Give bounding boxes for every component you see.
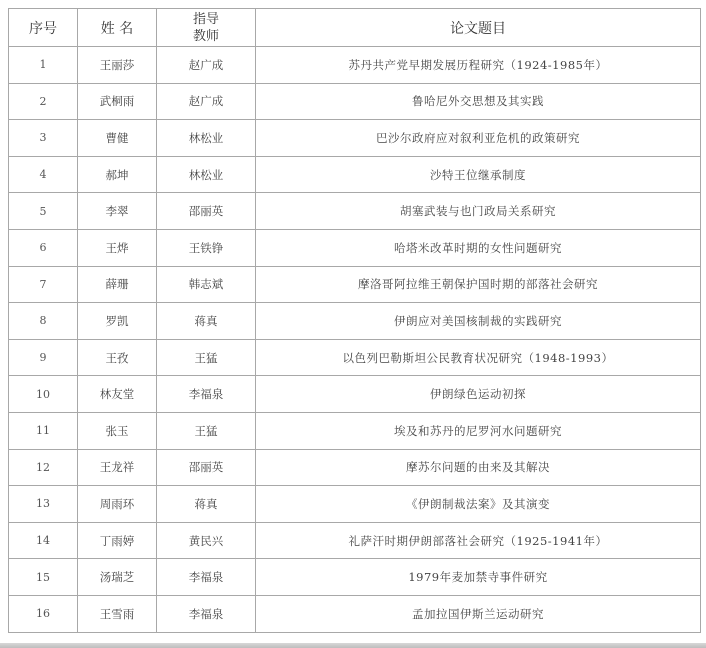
cell-index: 3	[9, 120, 78, 157]
cell-title: 《伊朗制裁法案》及其演变	[256, 486, 701, 523]
cell-name: 王雪雨	[78, 595, 157, 632]
cell-advisor: 蒋真	[157, 486, 256, 523]
cell-advisor: 黄民兴	[157, 522, 256, 559]
table-row: 10 林友堂 李福泉 伊朗绿色运动初探	[9, 376, 701, 413]
table-row: 5 李翠 邵丽英 胡塞武装与也门政局关系研究	[9, 193, 701, 230]
table-row: 11 张玉 王猛 埃及和苏丹的尼罗河水问题研究	[9, 412, 701, 449]
cell-title: 伊朗应对美国核制裁的实践研究	[256, 303, 701, 340]
cell-name: 罗凯	[78, 303, 157, 340]
table-row: 4 郝坤 林松业 沙特王位继承制度	[9, 156, 701, 193]
table-row: 16 王雪雨 李福泉 孟加拉国伊斯兰运动研究	[9, 595, 701, 632]
cell-name: 张玉	[78, 412, 157, 449]
cell-advisor: 李福泉	[157, 376, 256, 413]
cell-index: 2	[9, 83, 78, 120]
table-row: 3 曹健 林松业 巴沙尔政府应对叙利亚危机的政策研究	[9, 120, 701, 157]
cell-advisor: 邵丽英	[157, 449, 256, 486]
cell-title: 摩洛哥阿拉维王朝保护国时期的部落社会研究	[256, 266, 701, 303]
table-header-row: 序号 姓 名 指导 教师 论文题目	[9, 9, 701, 47]
header-name: 姓 名	[78, 9, 157, 47]
cell-title: 哈塔米改革时期的女性问题研究	[256, 229, 701, 266]
cell-advisor: 赵广成	[157, 83, 256, 120]
cell-advisor: 王猛	[157, 412, 256, 449]
table-row: 12 王龙祥 邵丽英 摩苏尔问题的由来及其解决	[9, 449, 701, 486]
cell-name: 周雨环	[78, 486, 157, 523]
cell-title: 摩苏尔问题的由来及其解决	[256, 449, 701, 486]
cell-index: 6	[9, 229, 78, 266]
table-row: 13 周雨环 蒋真 《伊朗制裁法案》及其演变	[9, 486, 701, 523]
cell-name: 王龙祥	[78, 449, 157, 486]
header-advisor: 指导 教师	[157, 9, 256, 47]
cell-advisor: 邵丽英	[157, 193, 256, 230]
cell-advisor: 王猛	[157, 339, 256, 376]
cell-advisor: 王铁铮	[157, 229, 256, 266]
table-row: 8 罗凯 蒋真 伊朗应对美国核制裁的实践研究	[9, 303, 701, 340]
cell-name: 王孜	[78, 339, 157, 376]
cell-name: 武桐雨	[78, 83, 157, 120]
header-advisor-line1: 指导	[157, 11, 255, 28]
page-bottom-edge	[0, 643, 706, 648]
cell-title: 以色列巴勒斯坦公民教育状况研究（1948-1993）	[256, 339, 701, 376]
cell-index: 14	[9, 522, 78, 559]
cell-index: 10	[9, 376, 78, 413]
table-row: 15 汤瑞芝 李福泉 1979年麦加禁寺事件研究	[9, 559, 701, 596]
cell-title: 苏丹共产党早期发展历程研究（1924-1985年）	[256, 47, 701, 84]
cell-title: 礼萨汗时期伊朗部落社会研究（1925-1941年）	[256, 522, 701, 559]
cell-name: 丁雨婷	[78, 522, 157, 559]
table-row: 9 王孜 王猛 以色列巴勒斯坦公民教育状况研究（1948-1993）	[9, 339, 701, 376]
cell-index: 1	[9, 47, 78, 84]
cell-advisor: 蒋真	[157, 303, 256, 340]
cell-title: 1979年麦加禁寺事件研究	[256, 559, 701, 596]
cell-name: 李翠	[78, 193, 157, 230]
document-page: 序号 姓 名 指导 教师 论文题目 1 王丽莎 赵广成 苏丹共产党早期发展历程研…	[0, 0, 706, 648]
cell-index: 16	[9, 595, 78, 632]
cell-title: 胡塞武装与也门政局关系研究	[256, 193, 701, 230]
cell-title: 伊朗绿色运动初探	[256, 376, 701, 413]
cell-title: 鲁哈尼外交思想及其实践	[256, 83, 701, 120]
cell-name: 汤瑞芝	[78, 559, 157, 596]
table-row: 14 丁雨婷 黄民兴 礼萨汗时期伊朗部落社会研究（1925-1941年）	[9, 522, 701, 559]
table-row: 1 王丽莎 赵广成 苏丹共产党早期发展历程研究（1924-1985年）	[9, 47, 701, 84]
cell-advisor: 李福泉	[157, 559, 256, 596]
thesis-list-table: 序号 姓 名 指导 教师 论文题目 1 王丽莎 赵广成 苏丹共产党早期发展历程研…	[8, 8, 701, 633]
cell-advisor: 李福泉	[157, 595, 256, 632]
cell-advisor: 韩志斌	[157, 266, 256, 303]
cell-advisor: 赵广成	[157, 47, 256, 84]
cell-index: 12	[9, 449, 78, 486]
cell-title: 孟加拉国伊斯兰运动研究	[256, 595, 701, 632]
cell-advisor: 林松业	[157, 156, 256, 193]
cell-index: 9	[9, 339, 78, 376]
header-title: 论文题目	[256, 9, 701, 47]
cell-name: 王丽莎	[78, 47, 157, 84]
cell-title: 沙特王位继承制度	[256, 156, 701, 193]
cell-advisor: 林松业	[157, 120, 256, 157]
table-row: 7 薛珊 韩志斌 摩洛哥阿拉维王朝保护国时期的部落社会研究	[9, 266, 701, 303]
cell-title: 巴沙尔政府应对叙利亚危机的政策研究	[256, 120, 701, 157]
cell-name: 薛珊	[78, 266, 157, 303]
header-index: 序号	[9, 9, 78, 47]
cell-index: 4	[9, 156, 78, 193]
cell-title: 埃及和苏丹的尼罗河水问题研究	[256, 412, 701, 449]
cell-index: 8	[9, 303, 78, 340]
cell-name: 林友堂	[78, 376, 157, 413]
header-advisor-line2: 教师	[157, 28, 255, 45]
cell-index: 13	[9, 486, 78, 523]
cell-index: 15	[9, 559, 78, 596]
cell-name: 曹健	[78, 120, 157, 157]
table-row: 6 王烨 王铁铮 哈塔米改革时期的女性问题研究	[9, 229, 701, 266]
cell-name: 郝坤	[78, 156, 157, 193]
cell-name: 王烨	[78, 229, 157, 266]
cell-index: 11	[9, 412, 78, 449]
cell-index: 5	[9, 193, 78, 230]
cell-index: 7	[9, 266, 78, 303]
table-row: 2 武桐雨 赵广成 鲁哈尼外交思想及其实践	[9, 83, 701, 120]
